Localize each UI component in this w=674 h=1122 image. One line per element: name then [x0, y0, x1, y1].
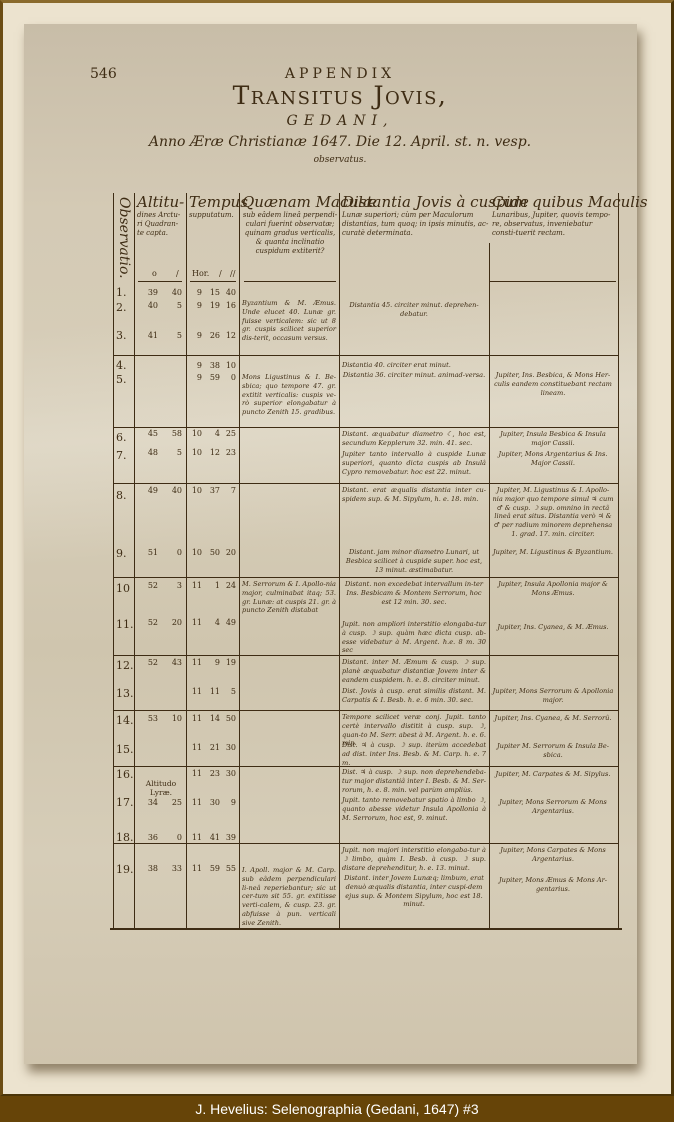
heading-appendix: APPENDIX — [3, 66, 674, 82]
group-rule — [114, 843, 618, 844]
header-observatio: Observatio. — [114, 193, 132, 283]
observation-table: Observatio. Altitu- dines Arctu-ri Quadr… — [113, 193, 619, 928]
column-divider — [134, 193, 135, 928]
image-caption: J. Hevelius: Selenographia (Gedani, 1647… — [0, 1096, 674, 1122]
distantia-cell: Distant. inter Jovem Lunæq; limbum, erat… — [342, 874, 486, 909]
distantia-cell: Jupit. non ampliori interstitio elongaba… — [342, 620, 486, 655]
distantia-cell: Distantia 36. circiter minut. animad-ver… — [342, 371, 486, 380]
cum-quibus-cell: Jupiter, Mons Æmus & Mons Ar-gentarius. — [492, 876, 614, 894]
distantia-cell: Dist. Jovis à cusp. erat similis distant… — [342, 687, 486, 705]
header-cum-quibus: Cum quibus Maculis Lunaribus, Jupiter, q… — [492, 193, 616, 238]
maculae-cell: Byzantium & M. Æmus. Unde elucet 40. Lun… — [242, 299, 336, 343]
header-altitudo: Altitu- dines Arctu-ri Quadran-te capta. — [137, 193, 185, 238]
cum-quibus-cell: Jupiter, Insula Apollonia major & Mons Æ… — [492, 580, 614, 598]
header-altitudo-sub: dines Arctu-ri Quadran-te capta. — [137, 211, 185, 238]
distantia-cell: Distant. æquabatur diametro ☾, hoc est, … — [342, 430, 486, 448]
unit-seconds: // — [230, 269, 235, 278]
image-frame: 546 APPENDIX Transitus Jovis, GEDANI, An… — [0, 0, 674, 1096]
distantia-cell: Jupit. tanto removebatur spatio à limbo … — [342, 796, 486, 822]
distantia-cell: Jupiter tanto intervallo à cuspide Lunæ … — [342, 450, 486, 476]
header-quaenam-sub: sub eâdem lineâ perpendi-culari fuerint … — [242, 211, 338, 256]
cum-quibus-cell: Jupiter, Ins. Cyanea, & M. Serrorû. — [492, 714, 614, 723]
header-tempus-sub: supputatum. — [189, 211, 239, 220]
distantia-cell: Distantia 45. circiter minut. deprehen-d… — [342, 301, 486, 319]
distantia-cell: Dist. ♃ à cusp. ☽ sup. non deprehendeba-… — [342, 768, 486, 794]
cum-quibus-cell: Jupiter, Insula Besbica & Insula major C… — [492, 430, 614, 448]
header-tempus-title: Tempus — [189, 193, 239, 211]
header-cum-sub: Lunaribus, Jupiter, quovis tempo-re, obs… — [492, 211, 616, 238]
header-quaenam: Quænam Maculæ sub eâdem lineâ perpendi-c… — [242, 193, 338, 256]
rule — [244, 281, 336, 282]
distantia-cell: Distant. non excedebat intervallum in-te… — [342, 580, 486, 606]
heading-observed: observatus. — [3, 155, 674, 165]
distantia-cell: Distant. jam minor diametro Lunari, ut B… — [342, 548, 486, 574]
group-rule — [114, 483, 618, 484]
rule — [138, 281, 182, 282]
rule — [489, 281, 616, 282]
group-rule — [114, 427, 618, 428]
unit-hours: Hor. — [192, 269, 209, 278]
cum-quibus-cell: Jupiter, Mons Carpates & Mons Argentariu… — [492, 846, 614, 864]
maculae-cell: I. Apoll. major & M. Carp. sub eâdem per… — [242, 866, 336, 928]
distantia-cell: Distantia 40. circiter erat minut. — [342, 361, 486, 370]
group-rule — [114, 577, 618, 578]
heading-place: GEDANI, — [3, 113, 674, 129]
altitudo-lyrae-note: Altitudo Lyræ. — [138, 779, 184, 797]
column-divider — [339, 193, 340, 928]
group-rule — [114, 355, 618, 356]
header-tempus: Tempus supputatum. — [189, 193, 239, 220]
cum-quibus-cell: Jupiter, Mons Argentarius & Ins. Major C… — [492, 450, 614, 468]
cum-quibus-cell: Jupiter, Ins. Besbica, & Mons Her-culis … — [492, 371, 614, 397]
column-divider — [489, 243, 490, 928]
cum-quibus-cell: Jupiter, M. Carpates & M. Sipylus. — [492, 770, 614, 779]
header-cum-title: Cum quibus Maculis — [492, 193, 616, 211]
cum-quibus-cell: Jupiter, Ins. Cyanea, & M. Æmus. — [492, 623, 614, 632]
cum-quibus-cell: Jupiter, Mons Serrorum & Apollonia major… — [492, 687, 614, 705]
group-rule — [114, 710, 618, 711]
header-distantia-title: Distantia Jovis à cuspide — [342, 193, 492, 211]
maculae-cell: Mons Ligustinus & I. Be-sbica; quo tempo… — [242, 373, 336, 417]
header-distantia: Distantia Jovis à cuspide Lunæ superiori… — [342, 193, 492, 238]
unit-minutes: / — [176, 269, 179, 278]
distantia-cell: Distant. inter M. Æmum & cusp. ☽ sup. pl… — [342, 658, 486, 684]
header-quaenam-title: Quænam Maculæ — [242, 193, 338, 211]
unit-minutes: / — [219, 269, 222, 278]
distantia-cell: Distant. erat æqualis distantia inter cu… — [342, 486, 486, 504]
cum-quibus-cell: Jupiter, M. Ligustinus & I. Apollo-nia m… — [492, 486, 614, 539]
cum-quibus-cell: Jupiter, M. Ligustinus & Byzantium. — [492, 548, 614, 557]
distantia-cell: Jupit. non majori interstitio elongaba-t… — [342, 846, 486, 872]
heading-title: Transitus Jovis, — [3, 81, 674, 110]
heading-date-line: Anno Æræ Christianæ 1647. Die 12. April.… — [3, 134, 674, 150]
column-divider — [239, 193, 240, 928]
cum-quibus-cell: Jupiter, Mons Serrorum & Mons Argentariu… — [492, 798, 614, 816]
distantia-cell: Dist. ♃ à cusp. ☽ sup. iterùm accedebat … — [342, 741, 486, 767]
unit-degrees: o — [152, 269, 157, 278]
column-divider — [186, 193, 187, 928]
header-altitudo-title: Altitu- — [137, 193, 185, 211]
cum-quibus-cell: Jupiter M. Serrorum & Insula Be-sbica. — [492, 742, 614, 760]
header-distantia-sub: Lunæ superiori; cùm per Maculorum distan… — [342, 211, 492, 238]
maculae-cell: M. Serrorum & I. Apollo-nia major, culmi… — [242, 580, 336, 615]
rule — [190, 281, 236, 282]
